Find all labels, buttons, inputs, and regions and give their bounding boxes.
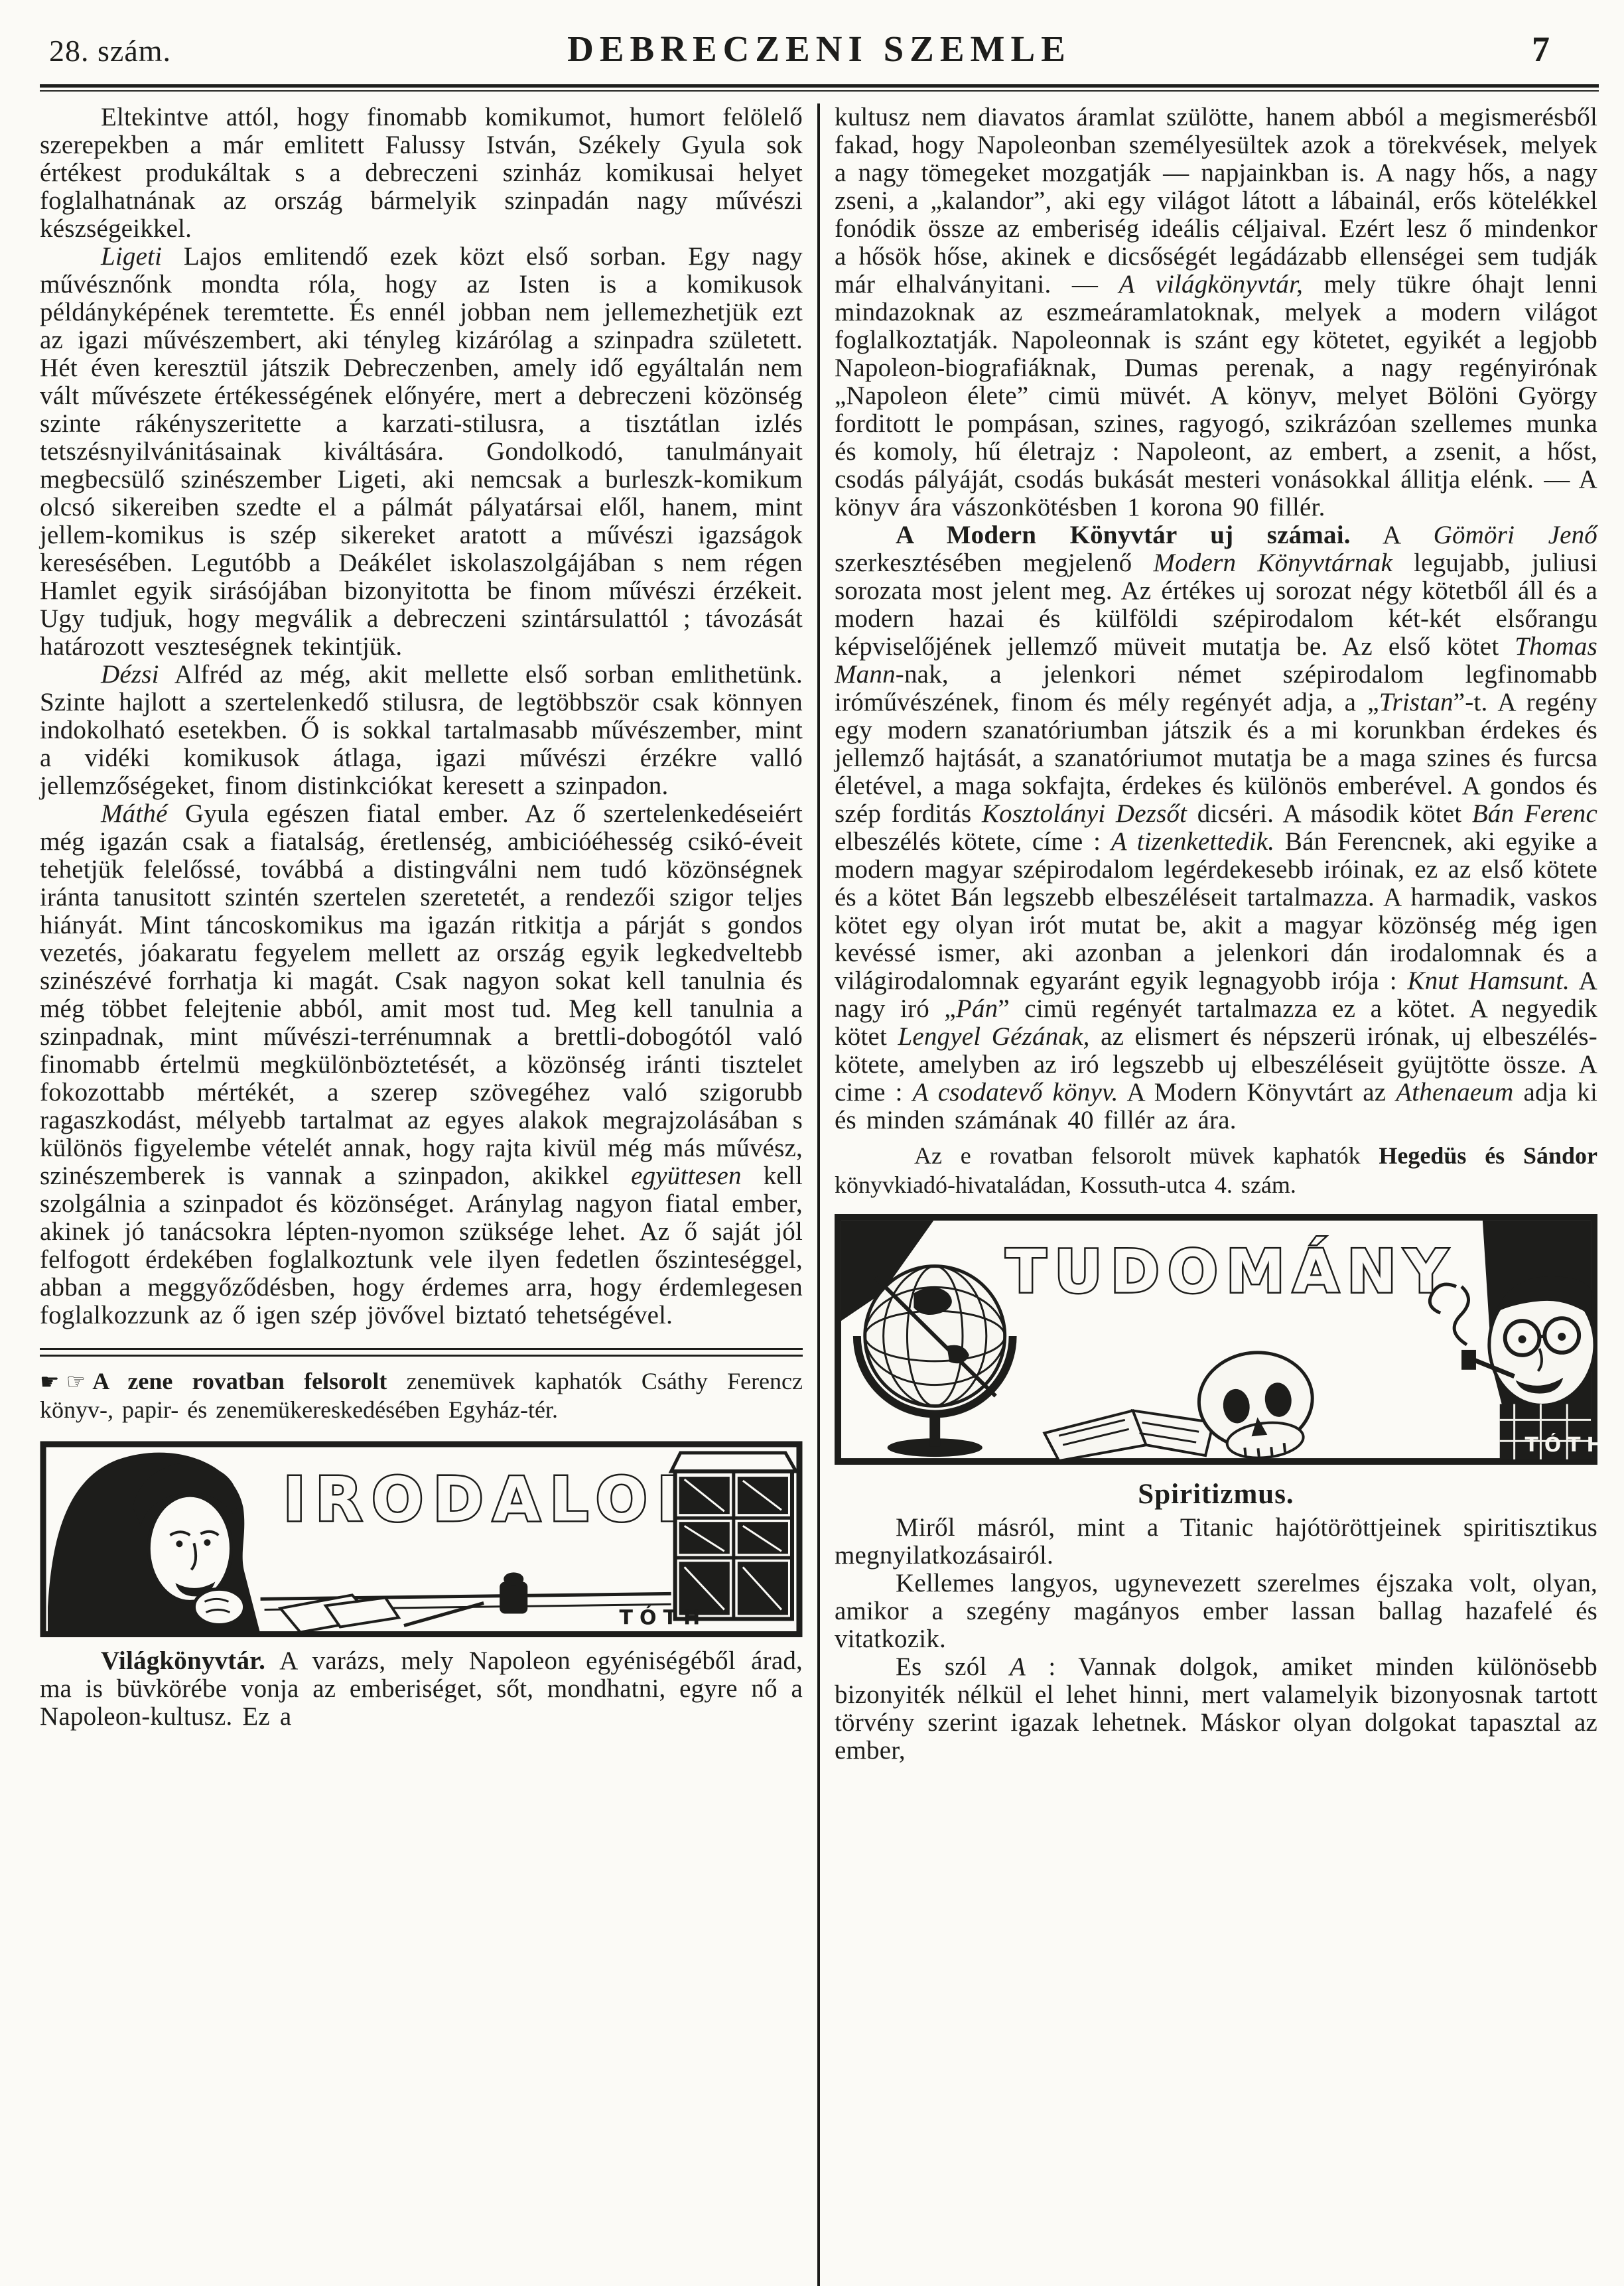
music-notice-text: A zene rovatban felsorolt zenemüvek kaph… <box>40 1368 803 1423</box>
pointing-hand-icon: ☞ <box>66 1369 93 1394</box>
books-notice: Az e rovatban felsorolt müvek kaphatók H… <box>835 1141 1597 1199</box>
right-column: kultusz nem diavatos áramlat szülötte, h… <box>835 103 1599 2286</box>
inkwell-icon <box>500 1581 527 1613</box>
body-paragraph: kultusz nem diavatos áramlat szülötte, h… <box>835 103 1597 521</box>
tudomany-illustration: TUDOMÁNY <box>835 1214 1597 1465</box>
body-paragraph: Ligeti Lajos emlitendő ezek közt első so… <box>40 243 803 661</box>
music-notice: ☛☞A zene rovatban felsorolt zenemüvek ka… <box>40 1367 803 1424</box>
body-paragraph: Miről másról, mint a Titanic hajótöröttj… <box>835 1514 1597 1570</box>
artist-signature: TÓTH <box>620 1605 707 1629</box>
header-rule <box>40 84 1599 92</box>
body-paragraph: A Modern Könyvtár uj számai. A Gömöri Je… <box>835 521 1597 1134</box>
bookshelf-icon <box>671 1453 796 1619</box>
pointing-hand-icon: ☛ <box>40 1369 66 1394</box>
body-paragraph: Kellemes langyos, ugynevezett szerelmes … <box>835 1570 1597 1653</box>
page-number: 7 <box>1532 29 1590 70</box>
tudomany-caption: TUDOMÁNY <box>1006 1237 1455 1306</box>
irodalom-caption: IRODALOM <box>283 1463 727 1535</box>
section-rule <box>40 1348 803 1357</box>
page-header: 28. szám. DEBRECZENI SZEMLE 7 <box>40 28 1599 70</box>
left-column: Eltekintve attól, hogy finomabb komikumo… <box>40 103 803 2286</box>
tudomany-artwork: TUDOMÁNY <box>835 1214 1597 1465</box>
body-paragraph: Máthé Gyula egészen fiatal ember. Az ő s… <box>40 800 803 1329</box>
columns: Eltekintve attól, hogy finomabb komikumo… <box>40 103 1599 2286</box>
body-paragraph: Dézsi Alfréd az még, akit mellette első … <box>40 661 803 800</box>
irodalom-illustration: IRODALOM <box>40 1441 803 1638</box>
pipe-icon <box>1461 1350 1476 1370</box>
page-title: DEBRECZENI SZEMLE <box>567 28 1071 70</box>
artist-signature: TÓTH <box>1525 1432 1597 1457</box>
body-paragraph: Eltekintve attól, hogy finomabb komikumo… <box>40 103 803 243</box>
column-divider <box>817 103 820 2286</box>
body-paragraph: Es szól A : Vannak dolgok, amiket minden… <box>835 1653 1597 1765</box>
vilagkonyvtar-paragraph: Világkönyvtár. A varázs, mely Napoleon e… <box>40 1647 803 1731</box>
newspaper-page: 28. szám. DEBRECZENI SZEMLE 7 Eltekintve… <box>0 0 1624 2286</box>
irodalom-artwork: IRODALOM <box>40 1441 803 1638</box>
spiritizmus-heading: Spiritizmus. <box>835 1481 1597 1509</box>
issue-number: 28. szám. <box>49 33 171 68</box>
